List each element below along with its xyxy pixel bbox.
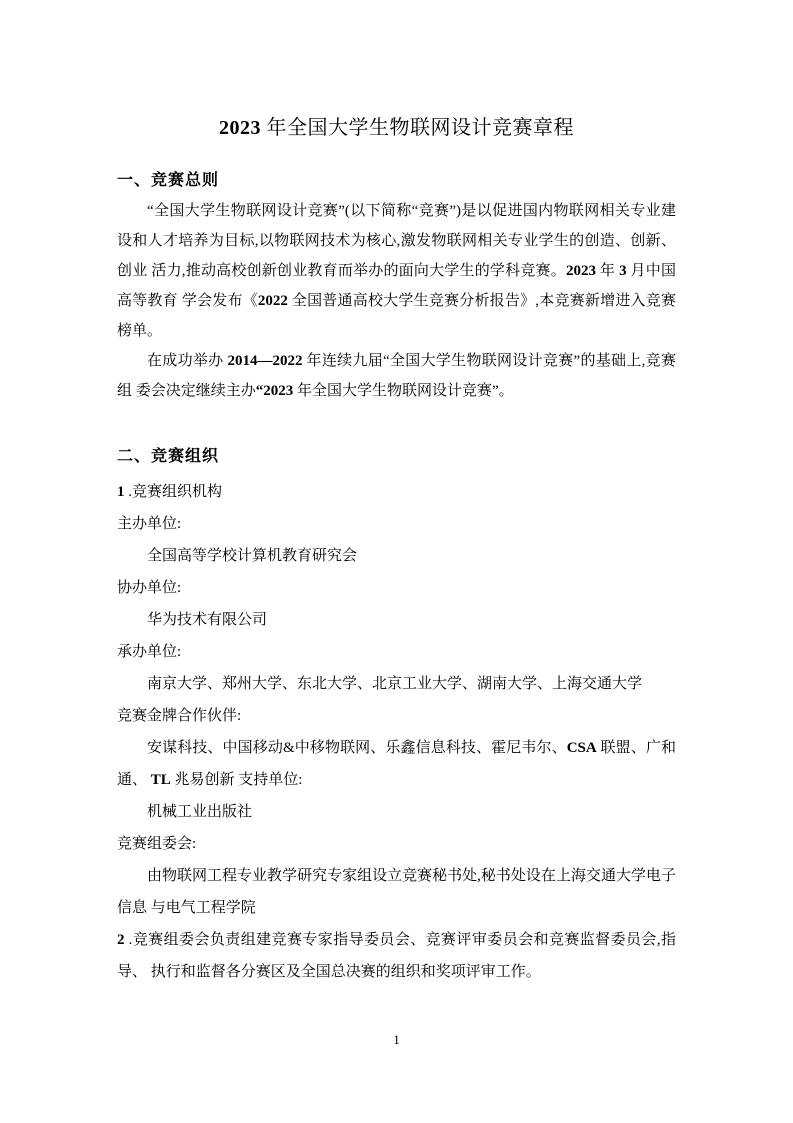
organization-items: 1 .竞赛组织机构主办单位:全国高等学校计算机教育研究会协办单位:华为技术有限公… xyxy=(117,476,676,988)
section-organization-heading: 二、竞赛组织 xyxy=(117,446,676,468)
document-page: 2023 年全国大学生物联网设计竞赛章程 一、竞赛总则 “全国大学生物联网设计竞… xyxy=(0,0,793,1123)
section-general-heading: 一、竞赛总则 xyxy=(117,170,676,192)
co-organizer-label: 协办单位: xyxy=(117,572,676,604)
org-item-1: 1 .竞赛组织机构 xyxy=(117,476,676,508)
page-number: 1 xyxy=(0,1032,793,1048)
host-unit-label: 主办单位: xyxy=(117,508,676,540)
section-organization: 二、竞赛组织 1 .竞赛组织机构主办单位:全国高等学校计算机教育研究会协办单位:… xyxy=(117,446,676,988)
document-title: 2023 年全国大学生物联网设计竞赛章程 xyxy=(117,112,676,144)
general-paragraph-2: 在成功举办 2014—2022 年连续九届“全国大学生物联网设计竞赛”的基础上,… xyxy=(117,346,676,406)
secretariat-paragraph: 由物联网工程专业教学研究专家组设立竞赛秘书处,秘书处设在上海交通大学电子信息 与… xyxy=(117,860,676,924)
gold-partner-value: 安谋科技、中国移动&中移物联网、乐鑫信息科技、霍尼韦尔、CSA 联盟、广和通、 … xyxy=(117,732,676,796)
undertaker-value: 南京大学、郑州大学、东北大学、北京工业大学、湖南大学、上海交通大学 xyxy=(117,668,676,700)
section-general: 一、竞赛总则 “全国大学生物联网设计竞赛”(以下简称“竞赛”)是以促进国内物联网… xyxy=(117,170,676,406)
organizing-committee-label: 竞赛组委会: xyxy=(117,828,676,860)
support-unit-value: 机械工业出版社 xyxy=(117,796,676,828)
org-item-2: 2 .竞赛组委会负责组建竞赛专家指导委员会、竞赛评审委员会和竞赛监督委员会,指导… xyxy=(117,924,676,988)
host-unit-value: 全国高等学校计算机教育研究会 xyxy=(117,540,676,572)
co-organizer-value: 华为技术有限公司 xyxy=(117,604,676,636)
gold-partner-label: 竞赛金牌合作伙伴: xyxy=(117,700,676,732)
undertaker-label: 承办单位: xyxy=(117,636,676,668)
general-paragraph-1: “全国大学生物联网设计竞赛”(以下简称“竞赛”)是以促进国内物联网相关专业建 设… xyxy=(117,196,676,346)
